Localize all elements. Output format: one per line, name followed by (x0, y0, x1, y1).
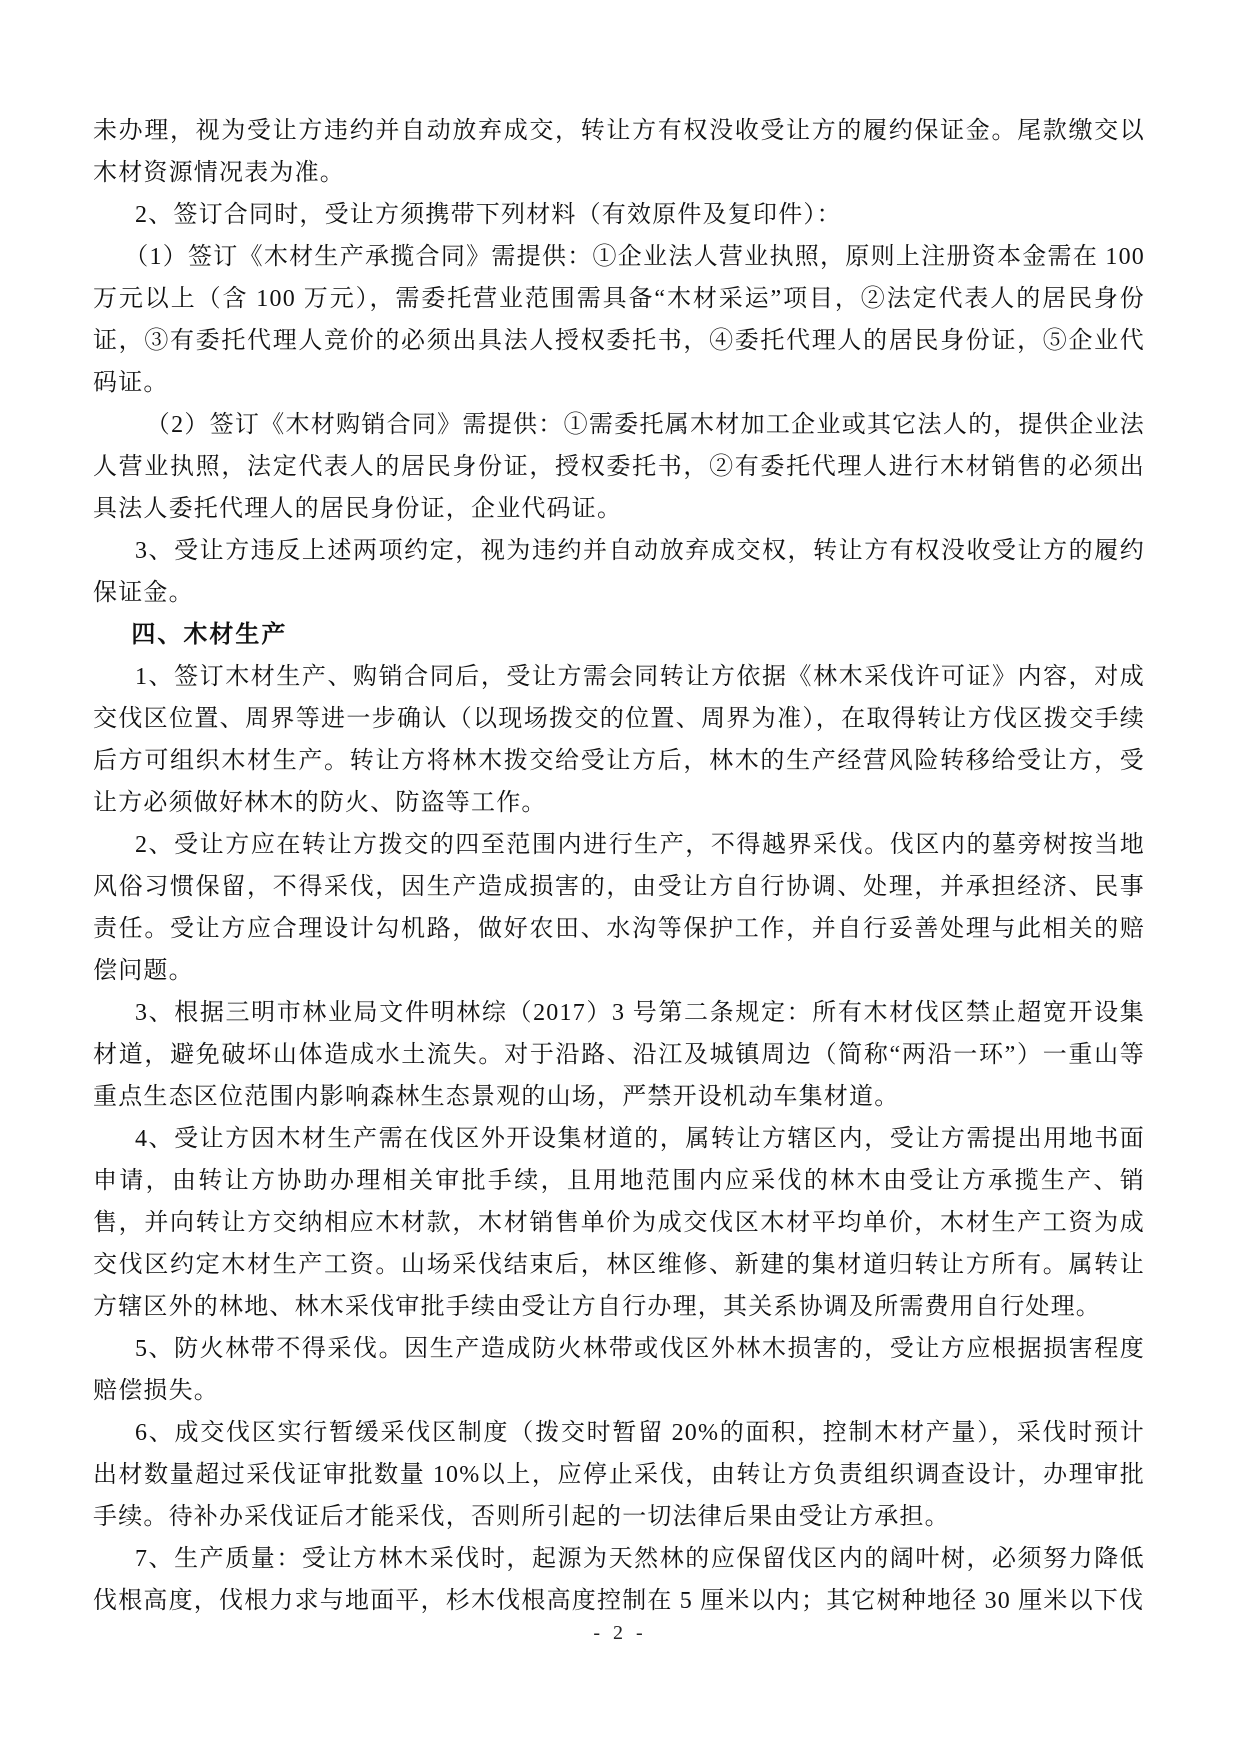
doc-paragraph-item-3: 3、受让方违反上述两项约定，视为违约并自动放弃成交权，转让方有权没收受让方的履约… (93, 530, 1145, 614)
doc-paragraph-sub-1: （1）签订《木材生产承揽合同》需提供：①企业法人营业执照，原则上注册资本金需在 … (93, 236, 1145, 404)
document-page: 未办理，视为受让方违约并自动放弃成交，转让方有权没收受让方的履约保证金。尾款缴交… (0, 0, 1240, 1754)
section-heading: 四、木材生产 (93, 614, 1145, 656)
doc-paragraph-prod-7: 7、生产质量：受让方林木采伐时，起源为天然林的应保留伐区内的阔叶树，必须努力降低… (93, 1538, 1145, 1622)
doc-paragraph-sub-2: （2）签订《木材购销合同》需提供：①需委托属木材加工企业或其它法人的，提供企业法… (93, 404, 1145, 530)
doc-paragraph-prod-6: 6、成交伐区实行暂缓采伐区制度（拨交时暂留 20%的面积，控制木材产量），采伐时… (93, 1412, 1145, 1538)
doc-paragraph-prod-1: 1、签订木材生产、购销合同后，受让方需会同转让方依据《林木采伐许可证》内容，对成… (93, 656, 1145, 824)
doc-paragraph-continuation: 未办理，视为受让方违约并自动放弃成交，转让方有权没收受让方的履约保证金。尾款缴交… (93, 110, 1145, 194)
page-number: - 2 - (0, 1622, 1240, 1645)
doc-paragraph-prod-5: 5、防火林带不得采伐。因生产造成防火林带或伐区外林木损害的，受让方应根据损害程度… (93, 1328, 1145, 1412)
doc-paragraph-prod-2: 2、受让方应在转让方拨交的四至范围内进行生产，不得越界采伐。伐区内的墓旁树按当地… (93, 824, 1145, 992)
doc-paragraph-prod-4: 4、受让方因木材生产需在伐区外开设集材道的，属转让方辖区内，受让方需提出用地书面… (93, 1118, 1145, 1328)
doc-paragraph-prod-3: 3、根据三明市林业局文件明林综（2017）3 号第二条规定：所有木材伐区禁止超宽… (93, 992, 1145, 1118)
doc-paragraph-item-2: 2、签订合同时，受让方须携带下列材料（有效原件及复印件）： (93, 194, 1145, 236)
page-body: 未办理，视为受让方违约并自动放弃成交，转让方有权没收受让方的履约保证金。尾款缴交… (93, 110, 1145, 1622)
